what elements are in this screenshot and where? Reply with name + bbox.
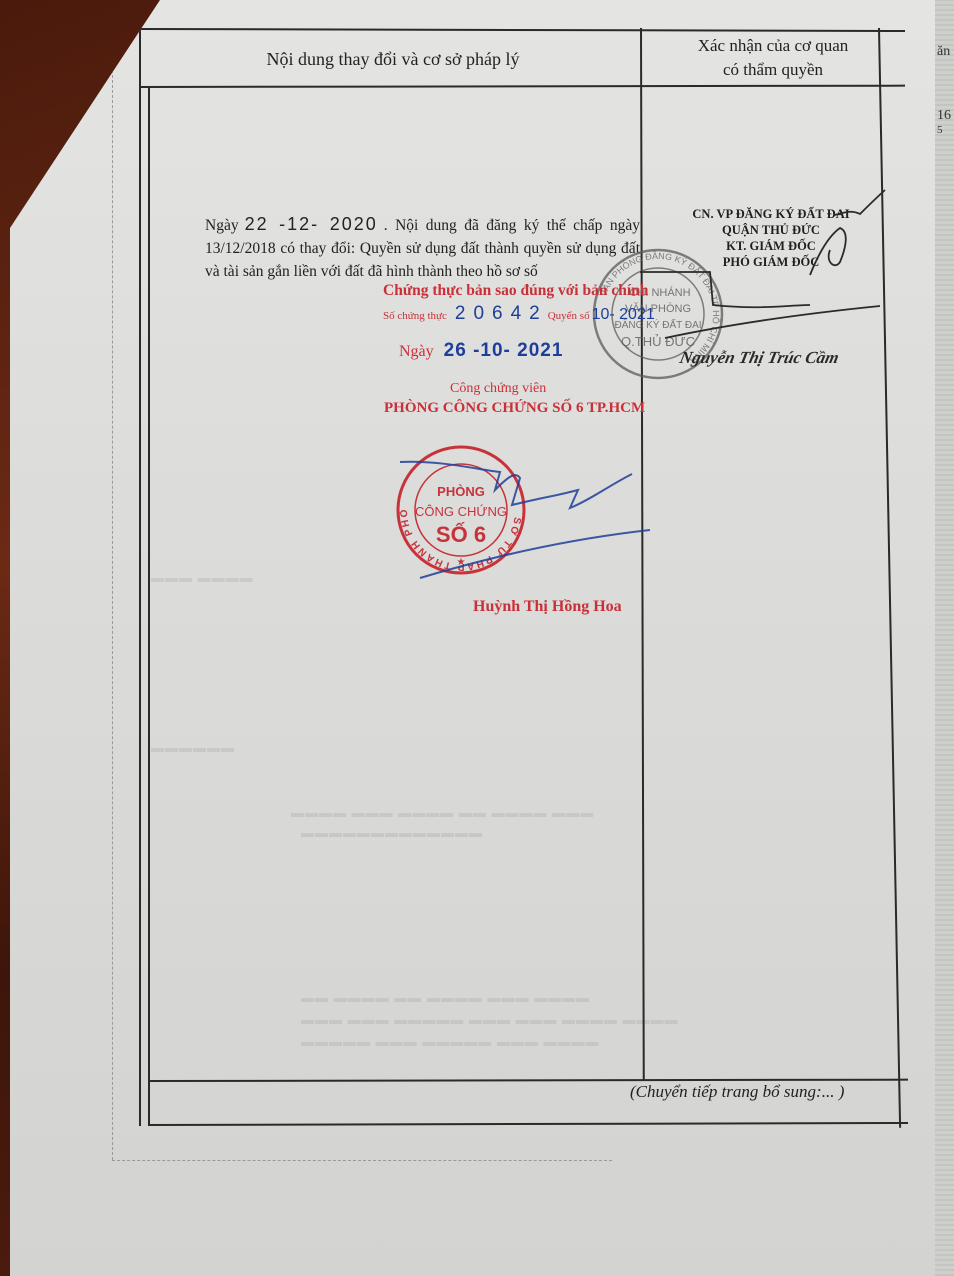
bleed-through-text: ▬▬▬ ▬▬▬▬ ▬▬ ▬▬▬▬ ▬▬▬ ▬▬▬▬ [290,805,593,820]
certification-date-row: Ngày26 -10- 2021 [399,340,563,362]
underlying-page-fragment: ăn [937,44,950,60]
bleed-through-text: ▬▬▬▬▬▬ [150,740,234,755]
svg-text:★: ★ [457,557,466,568]
table-border-right [878,28,901,1128]
authority-block: CN. VP ĐĂNG KÝ ĐẤT ĐAI QUẬN THỦ ĐỨC KT. … [676,206,866,270]
cut-guide-bottom [112,1160,612,1162]
notary-name: Huỳnh Thị Hồng Hoa [473,598,622,616]
svg-text:CÔNG CHỨNG: CÔNG CHỨNG [415,504,507,519]
svg-text:PHÒNG: PHÒNG [437,484,485,499]
table-border-left [139,28,141,1126]
certification-number-label: Số chứng thực [383,310,447,322]
underlying-page-fragment: 16 [937,108,951,124]
authority-line1: CN. VP ĐĂNG KÝ ĐẤT ĐAI [676,206,866,222]
authority-line2: QUẬN THỦ ĐỨC [676,222,866,238]
change-entry: Ngày22 -12- 2020. Nội dung đã đăng ký th… [205,213,640,283]
cut-guide-left [112,70,114,1160]
certification-date-value: 26 -10- 2021 [444,340,564,361]
notary-office: PHÒNG CÔNG CHỨNG SỐ 6 TP.HCM [384,400,645,417]
column-header-authority: Xác nhận của cơ quan có thẩm quyền [643,30,903,86]
svg-text:Q.THỦ ĐỨC: Q.THỦ ĐỨC [621,334,695,349]
notary-seal: SỞ TƯ PHÁP THÀNH PHỐ HỒ CHÍ MINH PHÒNG C… [393,442,529,578]
certification-number-row: Số chứng thực20642Quyển số10- 2021 [383,303,655,325]
bleed-through-text: ▬▬▬▬ ▬▬▬ [150,570,253,585]
table-border-bottom [148,1122,908,1126]
column-header-content: Nội dung thay đổi và cơ sở pháp lý [148,30,638,88]
column-header-authority-line1: Xác nhận của cơ quan [698,34,849,58]
underlying-page-fragment: 5 [937,124,943,136]
column-header-authority-line2: có thẩm quyền [698,58,849,82]
continuation-note: (Chuyển tiếp trang bổ sung:... ) [630,1082,844,1102]
authority-signer-name: Nguyễn Thị Trúc Cầm [678,348,841,368]
svg-text:SỐ 6: SỐ 6 [436,521,486,547]
certification-book-value: 10- 2021 [592,306,655,323]
certification-book-label: Quyển số [548,310,590,322]
authority-line3: KT. GIÁM ĐỐC [676,238,866,254]
bleed-through-text: ▬▬▬▬▬▬▬▬▬▬▬▬▬ [300,825,482,840]
bleed-through-text: ▬▬▬▬ ▬▬▬ ▬▬▬▬▬ ▬▬▬ ▬▬▬▬▬ [300,1034,598,1049]
certification-title: Chứng thực bản sao đúng với bản chính [383,282,648,300]
certification-date-label: Ngày [399,343,434,360]
table-column-divider [640,28,644,1080]
bleed-through-text: ▬▬▬▬ ▬▬▬▬ ▬▬▬ ▬▬▬ ▬▬▬▬▬ ▬▬▬ ▬▬▬ [300,1012,678,1027]
entry-date-value: 22 -12- 2020 [245,214,378,234]
document-page: ▬▬▬ ▬▬▬▬ ▬▬ ▬▬▬▬ ▬▬▬ ▬▬▬▬ ▬▬▬▬▬▬▬▬▬▬▬▬▬ … [0,0,935,1276]
column-header-content-label: Nội dung thay đổi và cơ sở pháp lý [266,49,519,70]
notary-role: Công chứng viên [450,381,546,397]
authority-line4: PHÓ GIÁM ĐỐC [676,254,866,270]
bleed-through-text: ▬▬▬▬ ▬▬▬ ▬▬▬▬ ▬▬ ▬▬▬▬ ▬▬ [300,990,589,1005]
table-inner-left [148,86,150,1126]
entry-date-label: Ngày [205,217,239,234]
certification-number-value: 20642 [455,303,548,324]
